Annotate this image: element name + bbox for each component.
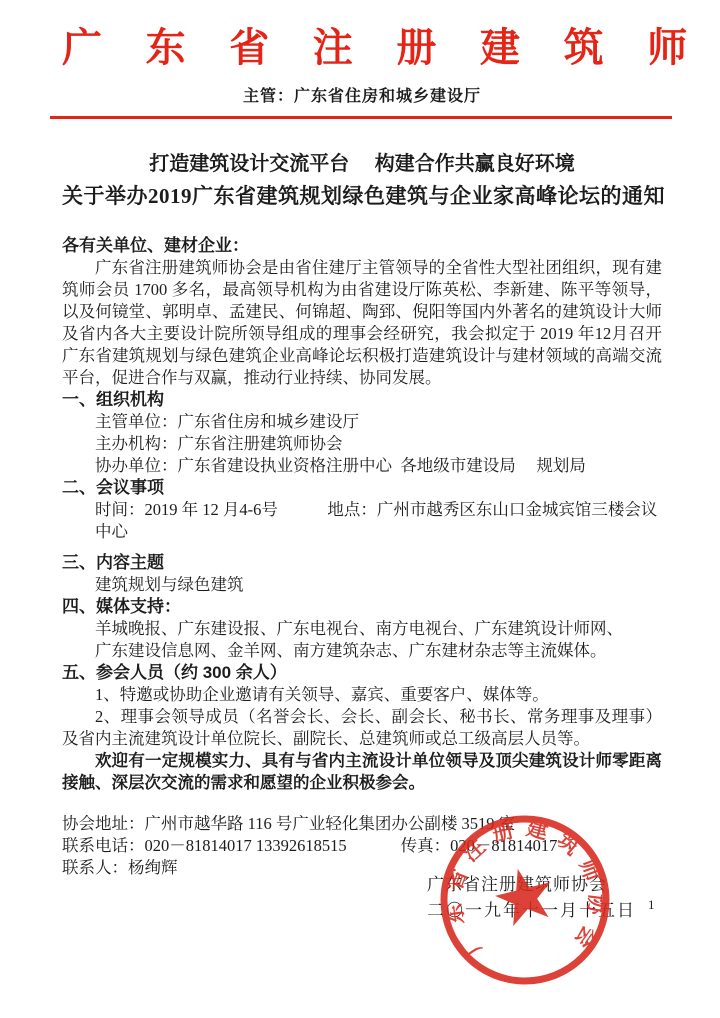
section-4-line-1: 羊城晚报、广东建设报、广东电视台、南方电视台、广东建筑设计师网、 bbox=[62, 618, 662, 640]
section-heading-4: 四、媒体支持： bbox=[62, 596, 662, 618]
signature-org: 广东省注册建筑师协会 bbox=[427, 876, 636, 893]
signature-block: 广东省注册建筑师协会 二〇一九年十一月十五日 bbox=[427, 876, 636, 919]
section-2-line-1: 时间：2019 年 12 月4-6号 地点：广州市越秀区东山口金城宾馆三楼会议中… bbox=[62, 499, 662, 543]
section-heading-2: 二、会议事项 bbox=[62, 477, 662, 499]
section-1-line-1: 主管单位：广东省住房和城乡建设厅 bbox=[62, 411, 662, 433]
slogan-title: 打造建筑设计交流平台 构建合作共赢良好环境 bbox=[62, 147, 662, 176]
section-heading-3: 三、内容主题 bbox=[62, 552, 662, 574]
letterhead-org-title: 广 东 省 注 册 建 筑 师 协 会 bbox=[62, 26, 679, 70]
section-5-item-2: 2、理事会领导成员（名誉会长、会长、副会长、秘书长、常务理事及理事）及省内主流建… bbox=[62, 706, 662, 750]
closing-paragraph: 欢迎有一定规模实力、具有与省内主流设计单位领导及顶尖建筑设计师零距离接触、深层次… bbox=[62, 750, 662, 794]
document-body: 各有关单位、建材企业： 广东省注册建筑师协会是由省住建厅主管领导的全省性大型社团… bbox=[62, 235, 662, 879]
section-heading-1: 一、组织机构 bbox=[62, 389, 662, 411]
red-divider-rule bbox=[50, 116, 672, 119]
section-1-line-3: 协办单位：广东省建设执业资格注册中心 各地级市建设局 规划局 bbox=[62, 455, 662, 477]
contact-address: 协会地址：广州市越华路 116 号广业轻化集团办公副楼 3519 室 bbox=[62, 813, 662, 835]
contact-phone: 联系电话：020－81814017 13392618515 bbox=[62, 836, 347, 855]
signature-date: 二〇一九年十一月十五日 bbox=[427, 902, 636, 919]
document-page: 广 东 省 注 册 建 筑 师 协 会 主管：广东省住房和城乡建设厅 打造建筑设… bbox=[0, 0, 720, 879]
intro-paragraph: 广东省注册建筑师协会是由省住建厅主管领导的全省性大型社团组织，现有建筑师会员 1… bbox=[62, 257, 662, 389]
contact-fax: 传真：020－81814017 bbox=[401, 836, 558, 855]
notice-title: 关于举办2019广东省建筑规划绿色建筑与企业家高峰论坛的通知 bbox=[62, 180, 662, 210]
section-3-line-1: 建筑规划与绿色建筑 bbox=[62, 574, 662, 596]
contact-block: 协会地址：广州市越华路 116 号广业轻化集团办公副楼 3519 室 联系电话：… bbox=[62, 813, 662, 879]
supervisor-line: 主管：广东省住房和城乡建设厅 bbox=[62, 83, 662, 106]
contact-phone-fax: 联系电话：020－81814017 13392618515传真：020－8181… bbox=[62, 835, 662, 857]
section-heading-5: 五、参会人员（约 300 余人） bbox=[62, 662, 662, 684]
section-4-line-2: 广东建设信息网、金羊网、南方建筑杂志、广东建材杂志等主流媒体。 bbox=[62, 640, 662, 662]
salutation: 各有关单位、建材企业： bbox=[62, 235, 662, 257]
section-5-item-1: 1、特邀或协助企业邀请有关领导、嘉宾、重要客户、媒体等。 bbox=[62, 684, 662, 706]
page-number: 1 bbox=[648, 897, 655, 913]
section-1-line-2: 主办机构：广东省注册建筑师协会 bbox=[62, 433, 662, 455]
